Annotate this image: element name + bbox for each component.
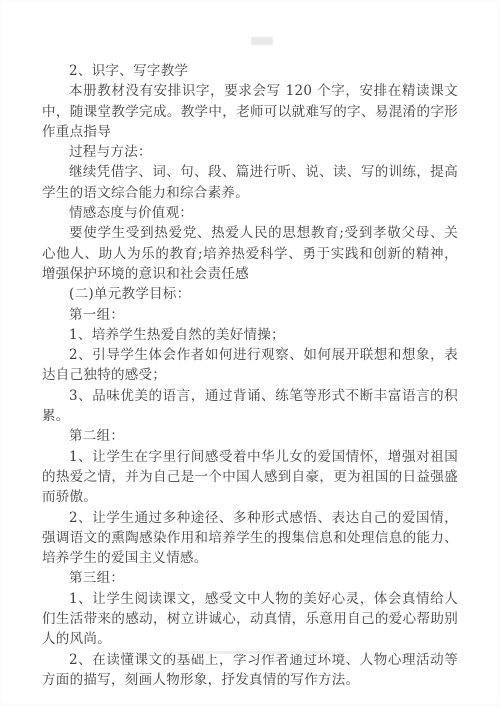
paragraph: 3、品味优美的语言，通过背诵、练笔等形式不断丰富语言的积累。 bbox=[42, 386, 458, 427]
paragraph: 1、让学生在字里行间感受着中华儿女的爱国情怀，增强对祖国的热爱之情，并为自己是一… bbox=[42, 447, 458, 508]
document-page: 2、识字、写字教学 本册教材没有安排识字，要求会写 120 个字，安排在精读课文… bbox=[0, 0, 500, 706]
paragraph: 第三组： bbox=[42, 568, 458, 588]
paragraph: 情感态度与价值观： bbox=[42, 203, 458, 223]
document-body: 2、识字、写字教学 本册教材没有安排识字，要求会写 120 个字，安排在精读课文… bbox=[42, 61, 458, 690]
paragraph: 第二组： bbox=[42, 426, 458, 446]
paragraph: 2、引导学生体会作者如何进行观察、如何展开联想和想象，表达自己独特的感受； bbox=[42, 345, 458, 386]
paragraph: 2、识字、写字教学 bbox=[42, 61, 458, 81]
paragraph: 1、培养学生热爱自然的美好情操； bbox=[42, 325, 458, 345]
paragraph: 过程与方法： bbox=[42, 142, 458, 162]
paragraph: 2、在读懂课文的基础上，学习作者通过环境、人物心理活动等方面的描写，刻画人物形象… bbox=[42, 650, 458, 691]
paragraph: 2、让学生通过多种途径、多种形式感悟、表达自己的爱国情，强调语文的熏陶感染作用和… bbox=[42, 508, 458, 569]
paragraph: (二)单元教学目标： bbox=[42, 284, 458, 304]
watermark bbox=[251, 37, 273, 45]
paragraph: 要使学生受到热爱党、热爱人民的思想教育;受到孝敬父母、关心他人、助人为乐的教育;… bbox=[42, 223, 458, 284]
paragraph: 继续凭借字、词、句、段、篇进行听、说、读、写的训练，提高学生的语文综合能力和综合… bbox=[42, 162, 458, 203]
paragraph: 本册教材没有安排识字，要求会写 120 个字，安排在精读课文中，随课堂教学完成。… bbox=[42, 81, 458, 142]
paragraph: 1、让学生阅读课文，感受文中人物的美好心灵，体会真情给人们生活带来的感动，树立讲… bbox=[42, 589, 458, 650]
footer-divider bbox=[157, 651, 357, 654]
paragraph: 第一组： bbox=[42, 305, 458, 325]
